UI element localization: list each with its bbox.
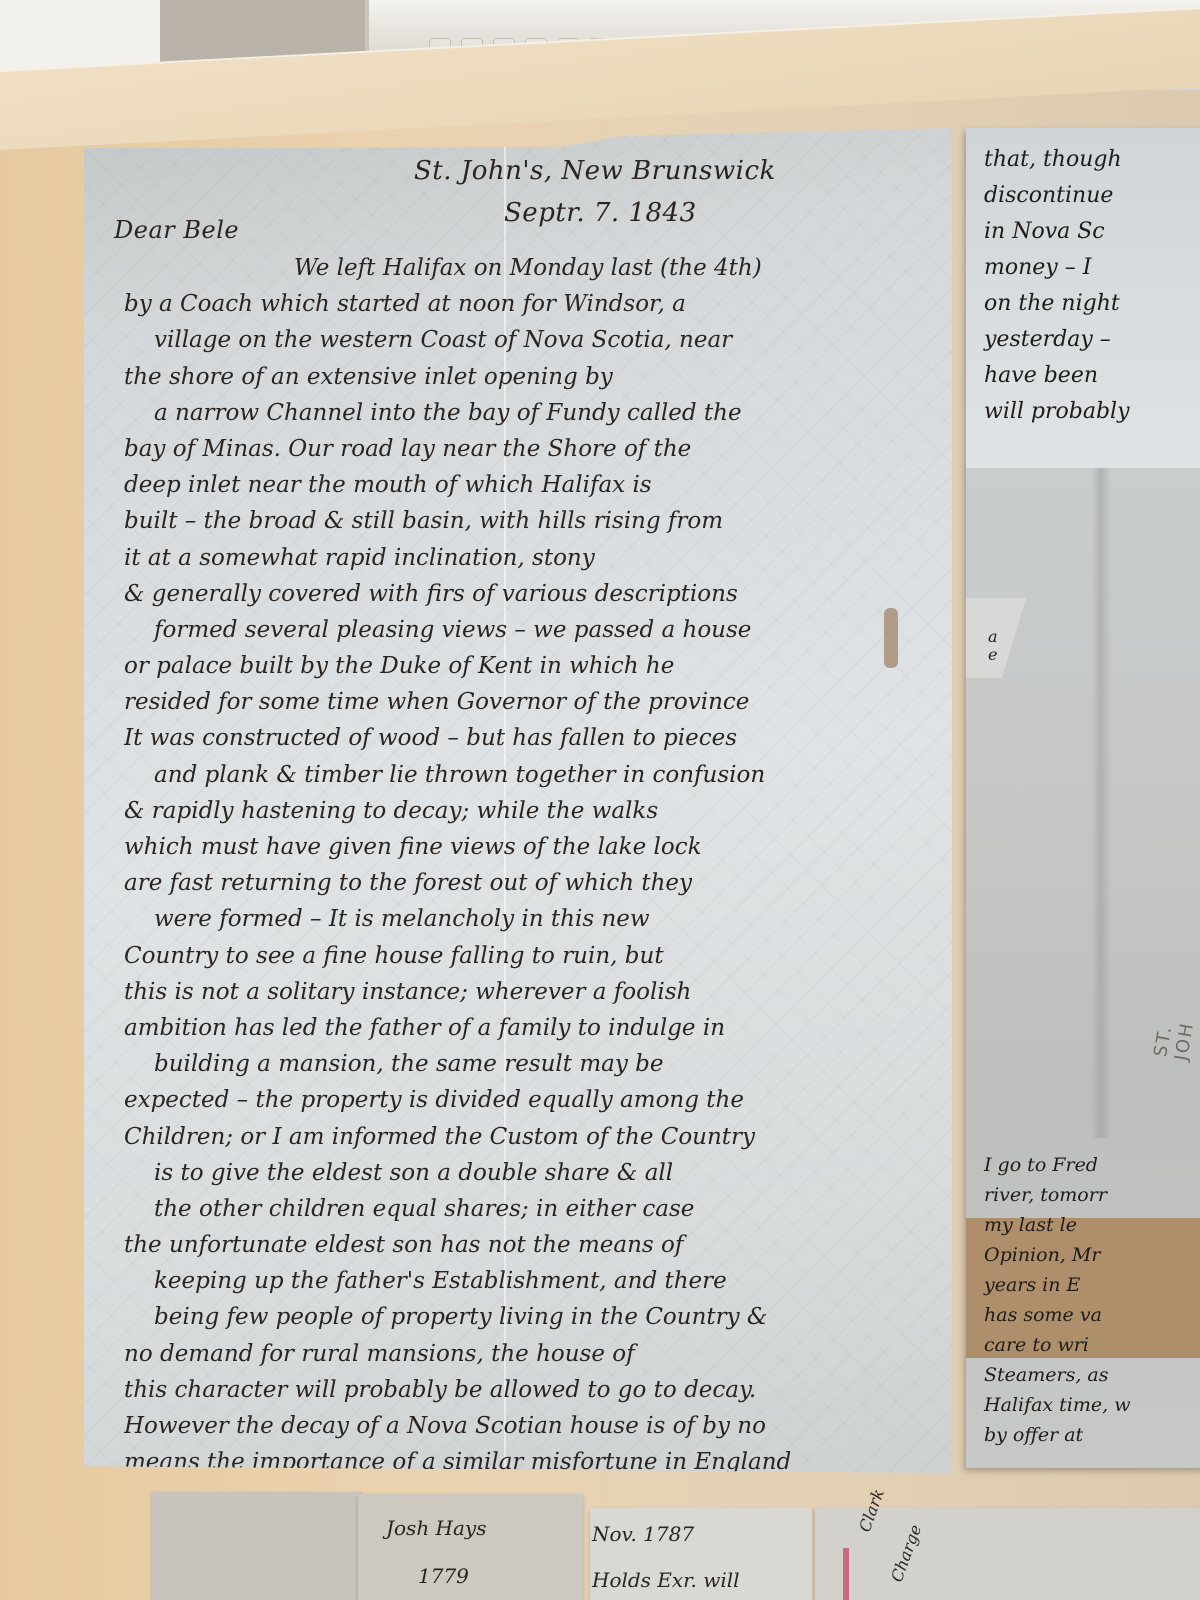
- letter-place: St. John's, New Brunswick: [414, 156, 776, 186]
- right-line: by offer at: [966, 1420, 1200, 1450]
- letter-line: means the importance of a similar misfor…: [124, 1444, 944, 1480]
- right-line: years in E: [966, 1270, 1200, 1300]
- letter-salutation: Dear Bele: [114, 216, 239, 244]
- document-scrap: Nov. 1787 Holds Exr. will: [590, 1508, 812, 1600]
- right-line: care to wri: [966, 1330, 1200, 1360]
- adjacent-letter-page: that, though discontinue in Nova Sc mone…: [966, 128, 1200, 1468]
- scrap-label: Nov. 1787: [592, 1522, 694, 1546]
- scrap-year: 1779: [418, 1564, 469, 1588]
- main-letter-page: St. John's, New Brunswick Septr. 7. 1843…: [84, 128, 952, 1473]
- letter-line: it at a somewhat rapid inclination, ston…: [124, 540, 944, 576]
- letter-line: built – the broad & still basin, with hi…: [124, 503, 944, 539]
- right-page-upper-text: that, though discontinue in Nova Sc mone…: [966, 142, 1200, 430]
- letter-line: is to give the eldest son a double share…: [124, 1155, 944, 1191]
- right-line: Opinion, Mr: [966, 1240, 1200, 1270]
- letter-line: deep inlet near the mouth of which Halif…: [124, 467, 944, 503]
- letter-line: We left Halifax on Monday last (the 4th): [124, 250, 944, 286]
- letter-date: Septr. 7. 1843: [504, 198, 697, 228]
- letter-line: However the decay of a Nova Scotian hous…: [124, 1408, 944, 1444]
- letter-line: which must have given fine views of the …: [124, 829, 944, 865]
- letter-line: Children; or I am informed the Custom of…: [124, 1119, 944, 1155]
- letter-line: the other children equal shares; in eith…: [124, 1191, 944, 1227]
- letter-line: the unfortunate eldest son has not the m…: [124, 1227, 944, 1263]
- letter-line: being few people of property living in t…: [124, 1299, 944, 1335]
- right-line: discontinue: [966, 178, 1200, 214]
- right-line: will probably: [966, 394, 1200, 430]
- letter-body: We left Halifax on Monday last (the 4th)…: [124, 250, 944, 1553]
- letter-line: by a Coach which started at noon for Win…: [124, 286, 944, 322]
- letter-line: and plank & timber lie thrown together i…: [124, 757, 944, 793]
- right-line: on the night: [966, 286, 1200, 322]
- right-line: Steamers, as: [966, 1360, 1200, 1390]
- red-seal-mark: [843, 1548, 849, 1600]
- letter-line: & generally covered with firs of various…: [124, 576, 944, 612]
- letter-line: this is not a solitary instance; whereve…: [124, 974, 944, 1010]
- letter-line: were formed – It is melancholy in this n…: [124, 901, 944, 937]
- letter-line: formed several pleasing views – we passe…: [124, 612, 944, 648]
- letter-line: bay of Minas. Our road lay near the Shor…: [124, 431, 944, 467]
- letter-line: a narrow Channel into the bay of Fundy c…: [124, 395, 944, 431]
- right-line: yesterday –: [966, 322, 1200, 358]
- postmark-stamp: ST. JOH: [1150, 996, 1200, 1062]
- document-scrap: Josh Hays 1779: [358, 1494, 583, 1600]
- letter-line: no demand for rural mansions, the house …: [124, 1336, 944, 1372]
- letter-line: the shore of an extensive inlet opening …: [124, 359, 944, 395]
- right-line: my last le: [966, 1210, 1200, 1240]
- right-line: river, tomorr: [966, 1180, 1200, 1210]
- letter-line: keeping up the father's Establishment, a…: [124, 1263, 944, 1299]
- scrap-subtext: Charge: [887, 1522, 925, 1584]
- letter-line: building a mansion, the same result may …: [124, 1046, 944, 1082]
- letter-line: are fast returning to the forest out of …: [124, 865, 944, 901]
- right-line: I go to Fred: [966, 1150, 1200, 1180]
- document-scrap: Clark Charge: [815, 1508, 1200, 1600]
- right-line: that, though: [966, 142, 1200, 178]
- right-page-lower-text: I go to Fred river, tomorr my last le Op…: [966, 1150, 1200, 1450]
- letter-line: village on the western Coast of Nova Sco…: [124, 322, 944, 358]
- letter-line: Country to see a fine house falling to r…: [124, 938, 944, 974]
- letter-line: ambition has led the father of a family …: [124, 1010, 944, 1046]
- right-line: in Nova Sc: [966, 214, 1200, 250]
- right-line: has some va: [966, 1300, 1200, 1330]
- letter-line: resided for some time when Governor of t…: [124, 684, 944, 720]
- scrap-subtext: Holds Exr. will: [592, 1568, 740, 1592]
- margin-note: a e: [988, 628, 998, 664]
- letter-line: & rapidly hastening to decay; while the …: [124, 793, 944, 829]
- scrap-label: Clark: [855, 1486, 888, 1534]
- right-line: Halifax time, w: [966, 1390, 1200, 1420]
- right-line: have been: [966, 358, 1200, 394]
- letter-line: or palace built by the Duke of Kent in w…: [124, 648, 944, 684]
- scrap-label: Josh Hays: [386, 1516, 487, 1540]
- document-scrap: [152, 1492, 362, 1600]
- letter-line: It was constructed of wood – but has fal…: [124, 720, 944, 756]
- letter-line: expected – the property is divided equal…: [124, 1082, 944, 1118]
- paper-crease: [1091, 468, 1111, 1138]
- right-line: money – I: [966, 250, 1200, 286]
- letter-line: this character will probably be allowed …: [124, 1372, 944, 1408]
